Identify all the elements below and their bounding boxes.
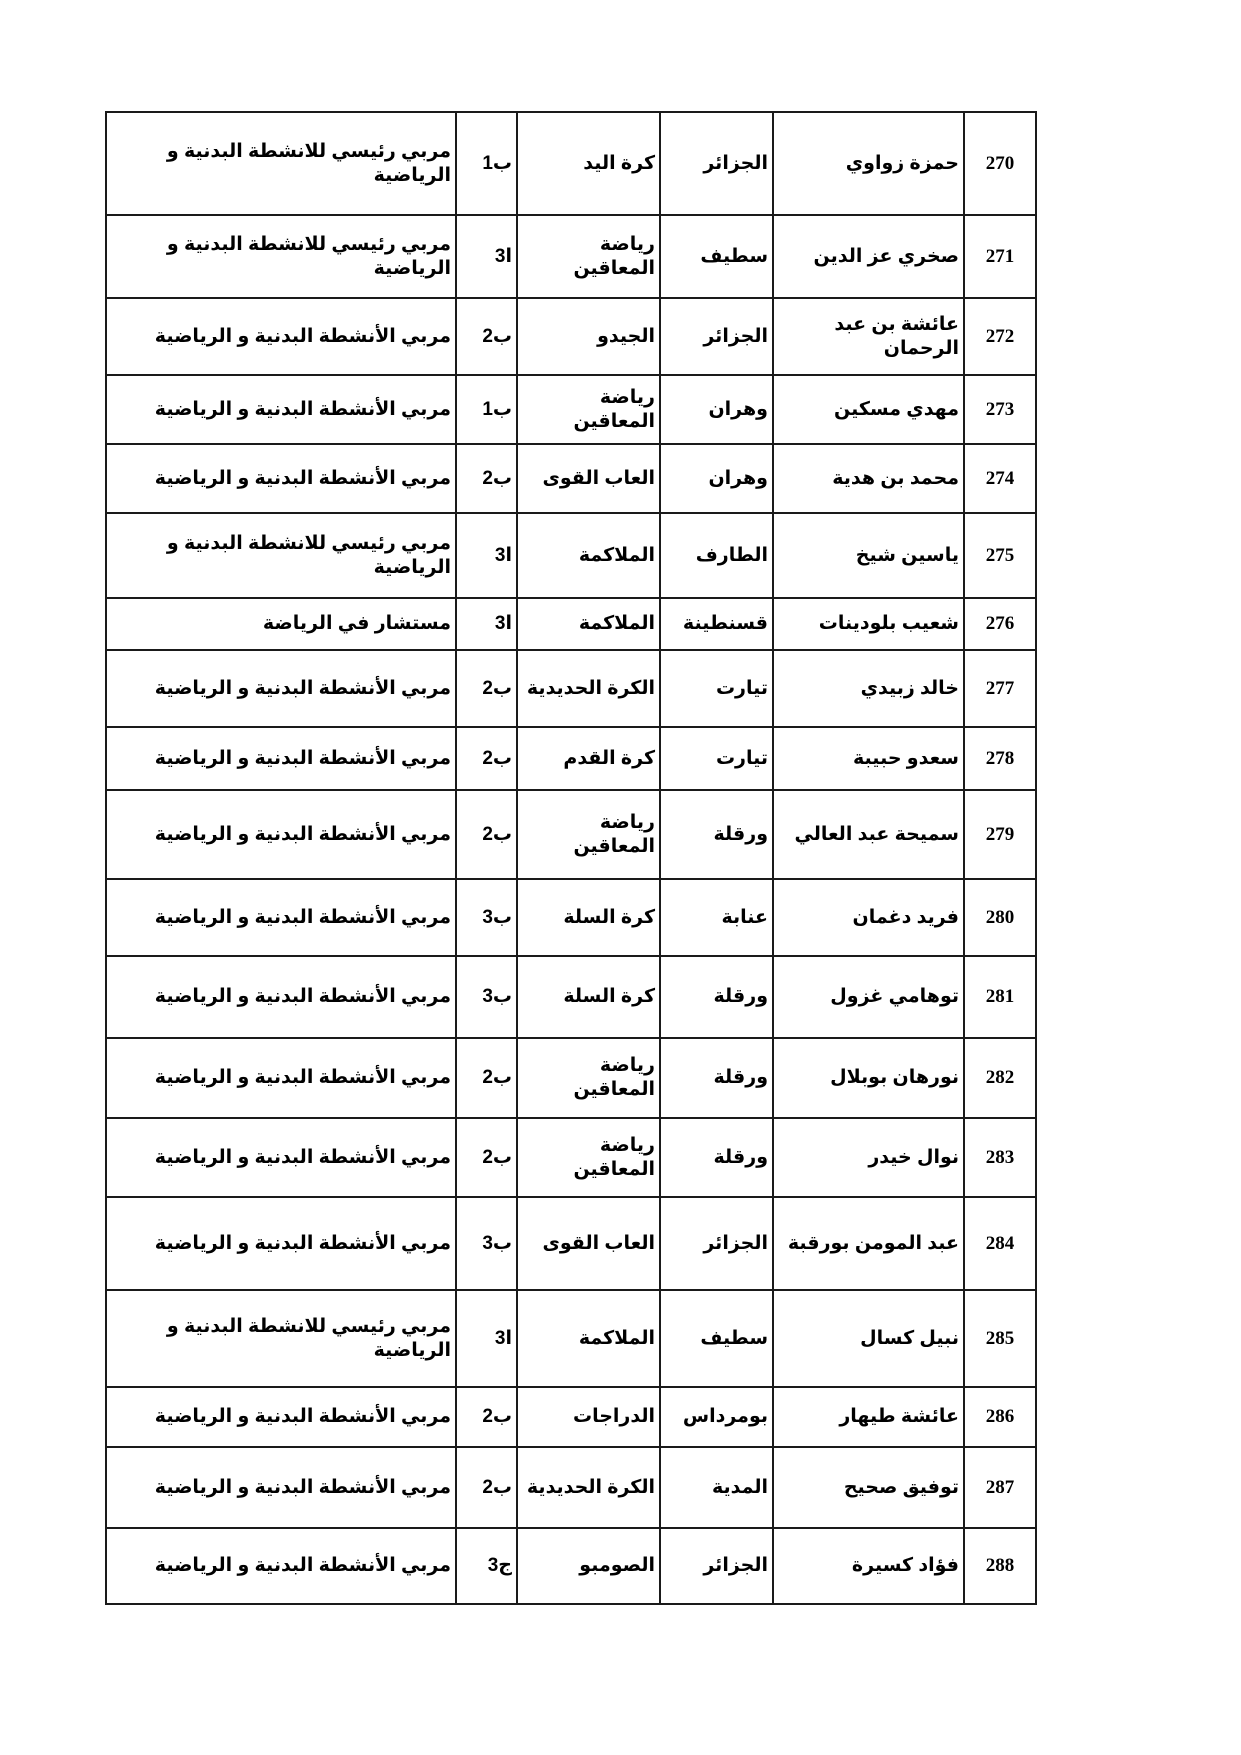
- sport-discipline: كرة السلة: [517, 956, 660, 1038]
- table-row: 283 نوال خيدر ورقلة رياضة المعاقين ب2 مر…: [106, 1118, 1036, 1197]
- grade: ب3: [456, 956, 517, 1038]
- person-name: فريد دغمان: [773, 879, 964, 956]
- city: تيارت: [660, 727, 773, 790]
- grade: ب2: [456, 650, 517, 727]
- job-title: مربي رئيسي للانشطة البدنية و الرياضية: [106, 513, 456, 598]
- grade: ب2: [456, 727, 517, 790]
- table-row: 278 سعدو حبيبة تيارت كرة القدم ب2 مربي ا…: [106, 727, 1036, 790]
- person-name: ياسين شيخ: [773, 513, 964, 598]
- row-number: 282: [964, 1038, 1036, 1118]
- sport-discipline: الكرة الحديدية: [517, 650, 660, 727]
- row-number: 273: [964, 375, 1036, 444]
- sport-discipline: العاب القوى: [517, 1197, 660, 1290]
- job-title: مربي الأنشطة البدنية و الرياضية: [106, 1038, 456, 1118]
- row-number: 272: [964, 298, 1036, 375]
- table-row: 270 حمزة زواوي الجزائر كرة اليد ب1 مربي …: [106, 112, 1036, 215]
- city: ورقلة: [660, 790, 773, 879]
- person-name: توفيق صحيح: [773, 1447, 964, 1528]
- grade: ب2: [456, 1387, 517, 1447]
- job-title: مستشار في الرياضة: [106, 598, 456, 650]
- table-row: 284 عبد المومن بورقبة الجزائر العاب القو…: [106, 1197, 1036, 1290]
- row-number: 281: [964, 956, 1036, 1038]
- city: الجزائر: [660, 112, 773, 215]
- grade: ب2: [456, 1118, 517, 1197]
- person-name: نبيل كسال: [773, 1290, 964, 1387]
- city: وهران: [660, 444, 773, 513]
- row-number: 283: [964, 1118, 1036, 1197]
- person-name: سميحة عبد العالي: [773, 790, 964, 879]
- table-row: 280 فريد دغمان عنابة كرة السلة ب3 مربي ا…: [106, 879, 1036, 956]
- person-name: مهدي مسكين: [773, 375, 964, 444]
- grade: ب2: [456, 1447, 517, 1528]
- grade: ب2: [456, 298, 517, 375]
- city: الجزائر: [660, 1528, 773, 1604]
- person-name: نوال خيدر: [773, 1118, 964, 1197]
- row-number: 280: [964, 879, 1036, 956]
- person-name: خالد زبيدي: [773, 650, 964, 727]
- table-row: 272 عائشة بن عبد الرحمان الجزائر الجيدو …: [106, 298, 1036, 375]
- row-number: 277: [964, 650, 1036, 727]
- row-number: 285: [964, 1290, 1036, 1387]
- job-title: مربي الأنشطة البدنية و الرياضية: [106, 727, 456, 790]
- sport-discipline: رياضة المعاقين: [517, 215, 660, 298]
- grade: ا3: [456, 215, 517, 298]
- grade: ب1: [456, 375, 517, 444]
- person-name: شعيب بلودينات: [773, 598, 964, 650]
- grade: ا3: [456, 1290, 517, 1387]
- city: عنابة: [660, 879, 773, 956]
- row-number: 274: [964, 444, 1036, 513]
- row-number: 271: [964, 215, 1036, 298]
- city: ورقلة: [660, 1038, 773, 1118]
- table-row: 277 خالد زبيدي تيارت الكرة الحديدية ب2 م…: [106, 650, 1036, 727]
- sport-discipline: رياضة المعاقين: [517, 1118, 660, 1197]
- job-title: مربي الأنشطة البدنية و الرياضية: [106, 1197, 456, 1290]
- grade: ب2: [456, 444, 517, 513]
- person-name: محمد بن هدية: [773, 444, 964, 513]
- city: قسنطينة: [660, 598, 773, 650]
- city: سطيف: [660, 215, 773, 298]
- job-title: مربي الأنشطة البدنية و الرياضية: [106, 444, 456, 513]
- person-name: سعدو حبيبة: [773, 727, 964, 790]
- document-page: 270 حمزة زواوي الجزائر كرة اليد ب1 مربي …: [0, 0, 1241, 1755]
- table-row: 282 نورهان بوبلال ورقلة رياضة المعاقين ب…: [106, 1038, 1036, 1118]
- table-row: 271 صخري عز الدين سطيف رياضة المعاقين ا3…: [106, 215, 1036, 298]
- city: بومرداس: [660, 1387, 773, 1447]
- sport-discipline: الصومبو: [517, 1528, 660, 1604]
- person-name: حمزة زواوي: [773, 112, 964, 215]
- row-number: 286: [964, 1387, 1036, 1447]
- person-name: فؤاد كسيرة: [773, 1528, 964, 1604]
- sport-discipline: الدراجات: [517, 1387, 660, 1447]
- sport-discipline: رياضة المعاقين: [517, 375, 660, 444]
- table-row: 279 سميحة عبد العالي ورقلة رياضة المعاقي…: [106, 790, 1036, 879]
- grade: ب3: [456, 879, 517, 956]
- job-title: مربي رئيسي للانشطة البدنية و الرياضية: [106, 1290, 456, 1387]
- table-row: 281 توهامي غزول ورقلة كرة السلة ب3 مربي …: [106, 956, 1036, 1038]
- grade: ب2: [456, 790, 517, 879]
- row-number: 270: [964, 112, 1036, 215]
- city: تيارت: [660, 650, 773, 727]
- job-title: مربي الأنشطة البدنية و الرياضية: [106, 879, 456, 956]
- table-row: 288 فؤاد كسيرة الجزائر الصومبو ج3 مربي ا…: [106, 1528, 1036, 1604]
- city: سطيف: [660, 1290, 773, 1387]
- person-name: توهامي غزول: [773, 956, 964, 1038]
- city: وهران: [660, 375, 773, 444]
- city: الطارف: [660, 513, 773, 598]
- grade: ب2: [456, 1038, 517, 1118]
- sport-discipline: رياضة المعاقين: [517, 1038, 660, 1118]
- sport-discipline: رياضة المعاقين: [517, 790, 660, 879]
- row-number: 276: [964, 598, 1036, 650]
- row-number: 279: [964, 790, 1036, 879]
- job-title: مربي الأنشطة البدنية و الرياضية: [106, 650, 456, 727]
- sport-discipline: الملاكمة: [517, 1290, 660, 1387]
- sport-discipline: الملاكمة: [517, 513, 660, 598]
- person-name: صخري عز الدين: [773, 215, 964, 298]
- grade: ا3: [456, 513, 517, 598]
- table-body: 270 حمزة زواوي الجزائر كرة اليد ب1 مربي …: [106, 112, 1036, 1604]
- job-title: مربي الأنشطة البدنية و الرياضية: [106, 956, 456, 1038]
- sport-discipline: كرة السلة: [517, 879, 660, 956]
- sport-discipline: العاب القوى: [517, 444, 660, 513]
- person-name: عائشة طيهار: [773, 1387, 964, 1447]
- row-number: 284: [964, 1197, 1036, 1290]
- row-number: 278: [964, 727, 1036, 790]
- city: الجزائر: [660, 298, 773, 375]
- person-name: عائشة بن عبد الرحمان: [773, 298, 964, 375]
- job-title: مربي الأنشطة البدنية و الرياضية: [106, 1528, 456, 1604]
- job-title: مربي الأنشطة البدنية و الرياضية: [106, 1118, 456, 1197]
- row-number: 288: [964, 1528, 1036, 1604]
- city: ورقلة: [660, 956, 773, 1038]
- table-row: 276 شعيب بلودينات قسنطينة الملاكمة ا3 مس…: [106, 598, 1036, 650]
- job-title: مربي الأنشطة البدنية و الرياضية: [106, 298, 456, 375]
- table-row: 274 محمد بن هدية وهران العاب القوى ب2 مر…: [106, 444, 1036, 513]
- row-number: 287: [964, 1447, 1036, 1528]
- city: الجزائر: [660, 1197, 773, 1290]
- city: ورقلة: [660, 1118, 773, 1197]
- sport-discipline: الملاكمة: [517, 598, 660, 650]
- table-row: 286 عائشة طيهار بومرداس الدراجات ب2 مربي…: [106, 1387, 1036, 1447]
- coaches-table: 270 حمزة زواوي الجزائر كرة اليد ب1 مربي …: [105, 111, 1037, 1605]
- table-row: 275 ياسين شيخ الطارف الملاكمة ا3 مربي رئ…: [106, 513, 1036, 598]
- grade: ج3: [456, 1528, 517, 1604]
- table-row: 285 نبيل كسال سطيف الملاكمة ا3 مربي رئيس…: [106, 1290, 1036, 1387]
- job-title: مربي الأنشطة البدنية و الرياضية: [106, 790, 456, 879]
- sport-discipline: الكرة الحديدية: [517, 1447, 660, 1528]
- sport-discipline: كرة اليد: [517, 112, 660, 215]
- city: المدية: [660, 1447, 773, 1528]
- grade: ا3: [456, 598, 517, 650]
- grade: ب3: [456, 1197, 517, 1290]
- person-name: عبد المومن بورقبة: [773, 1197, 964, 1290]
- job-title: مربي الأنشطة البدنية و الرياضية: [106, 1447, 456, 1528]
- job-title: مربي الأنشطة البدنية و الرياضية: [106, 375, 456, 444]
- job-title: مربي الأنشطة البدنية و الرياضية: [106, 1387, 456, 1447]
- job-title: مربي رئيسي للانشطة البدنية و الرياضية: [106, 112, 456, 215]
- person-name: نورهان بوبلال: [773, 1038, 964, 1118]
- sport-discipline: كرة القدم: [517, 727, 660, 790]
- row-number: 275: [964, 513, 1036, 598]
- table-row: 273 مهدي مسكين وهران رياضة المعاقين ب1 م…: [106, 375, 1036, 444]
- job-title: مربي رئيسي للانشطة البدنية و الرياضية: [106, 215, 456, 298]
- grade: ب1: [456, 112, 517, 215]
- table-row: 287 توفيق صحيح المدية الكرة الحديدية ب2 …: [106, 1447, 1036, 1528]
- sport-discipline: الجيدو: [517, 298, 660, 375]
